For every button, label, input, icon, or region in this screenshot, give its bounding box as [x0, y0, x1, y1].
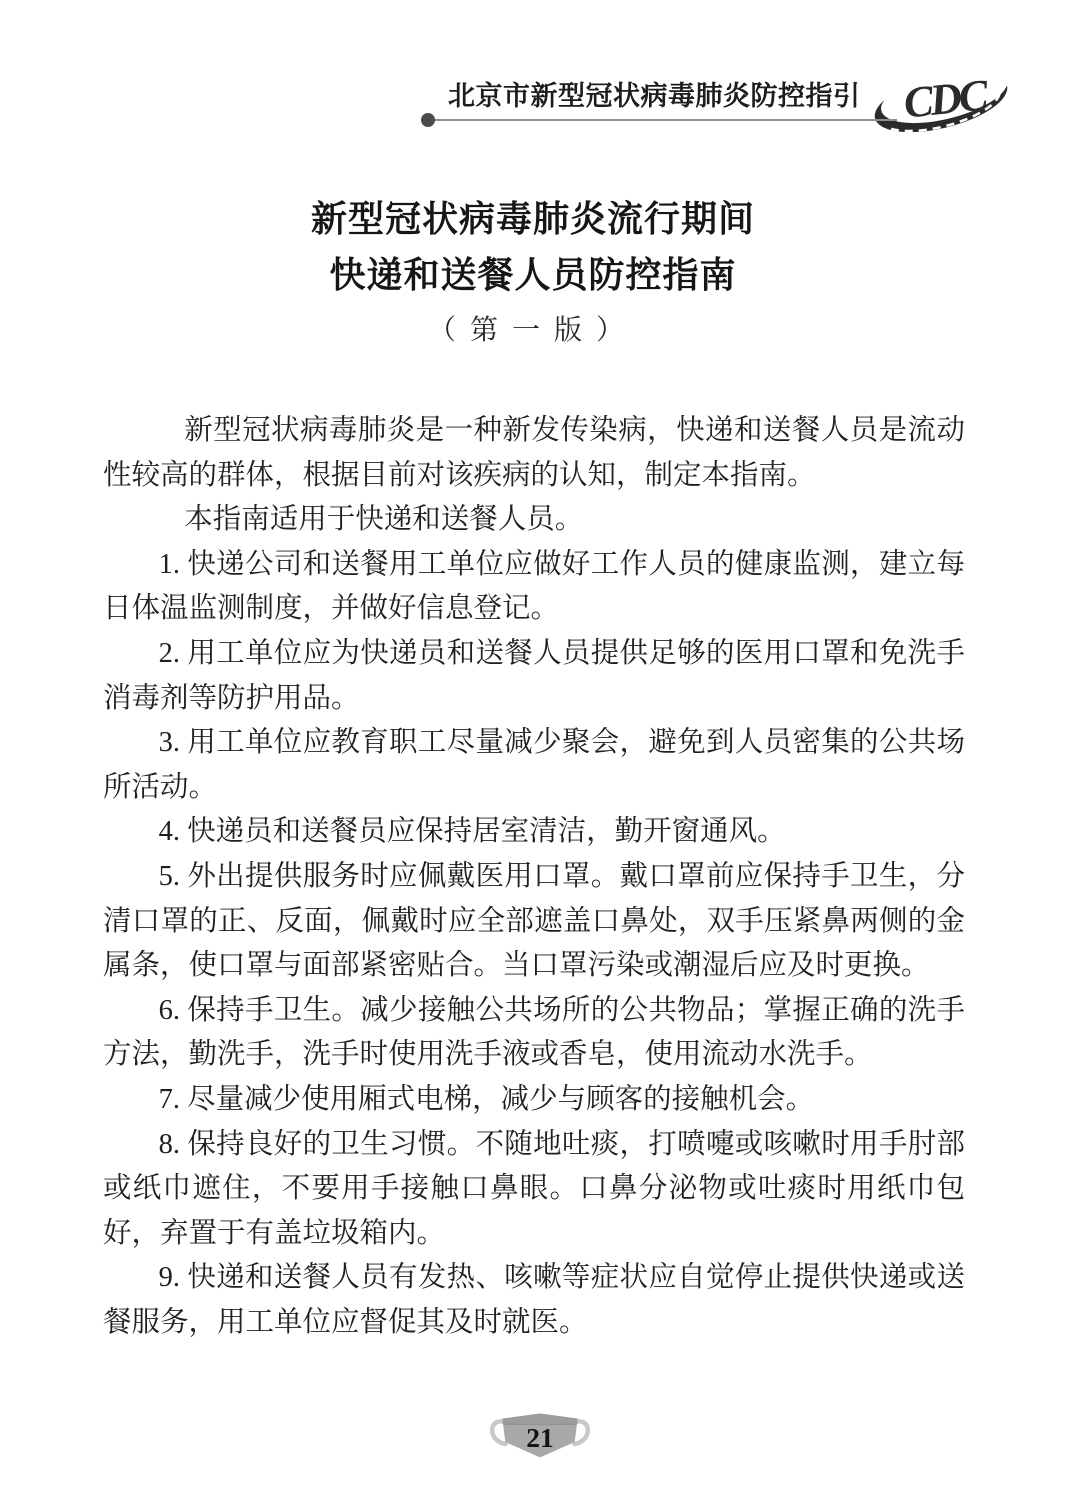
header-rule — [429, 119, 897, 121]
body-paragraph: 新型冠状病毒肺炎是一种新发传染病，快递和送餐人员是流动性较高的群体，根据目前对该… — [103, 409, 965, 498]
doc-title-line1: 新型冠状病毒肺炎流行期间 — [103, 191, 963, 247]
header-rule-dot — [421, 113, 435, 127]
body-paragraph: 8. 保持良好的卫生习惯。不随地吐痰，打喷嚏或咳嗽时用手肘部或纸巾遮住，不要用手… — [103, 1123, 965, 1257]
body-paragraph: 4. 快递员和送餐员应保持居室清洁，勤开窗通风。 — [103, 810, 965, 855]
body-paragraph: 3. 用工单位应教育职工尽量减少聚会，避免到人员密集的公共场所活动。 — [103, 721, 965, 810]
header-title: 北京市新型冠状病毒肺炎防控指引 — [448, 80, 860, 112]
footer: 21 — [0, 1412, 1080, 1464]
body-paragraph: 6. 保持手卫生。减少接触公共场所的公共物品；掌握正确的洗手方法，勤洗手，洗手时… — [103, 989, 965, 1078]
doc-body: 新型冠状病毒肺炎是一种新发传染病，快递和送餐人员是流动性较高的群体，根据目前对该… — [103, 409, 965, 1345]
cdc-logo-icon: CDC — [866, 52, 1016, 136]
doc-title-block: 新型冠状病毒肺炎流行期间 快递和送餐人员防控指南 （第一版） — [103, 191, 963, 359]
cdc-logo-text: CDC — [901, 70, 991, 128]
body-paragraph: 9. 快递和送餐人员有发热、咳嗽等症状应自觉停止提供快递或送餐服务，用工单位应督… — [103, 1256, 965, 1345]
body-paragraph: 1. 快递公司和送餐用工单位应做好工作人员的健康监测，建立每日体温监测制度，并做… — [103, 543, 965, 632]
body-paragraph: 本指南适用于快递和送餐人员。 — [103, 498, 965, 543]
doc-edition: （第一版） — [103, 303, 963, 359]
body-paragraph: 5. 外出提供服务时应佩戴医用口罩。戴口罩前应保持手卫生，分清口罩的正、反面，佩… — [103, 855, 965, 989]
page-number: 21 — [526, 1422, 554, 1453]
doc-title-line2: 快递和送餐人员防控指南 — [103, 247, 963, 303]
body-paragraph: 7. 尽量减少使用厢式电梯，减少与顾客的接触机会。 — [103, 1078, 965, 1123]
face-mask-icon: 21 — [487, 1412, 593, 1464]
body-paragraph: 2. 用工单位应为快递员和送餐人员提供足够的医用口罩和免洗手消毒剂等防护用品。 — [103, 632, 965, 721]
page: 北京市新型冠状病毒肺炎防控指引 CDC 新型冠状病毒肺炎流行期间 快递和送餐人员… — [0, 0, 1080, 1504]
